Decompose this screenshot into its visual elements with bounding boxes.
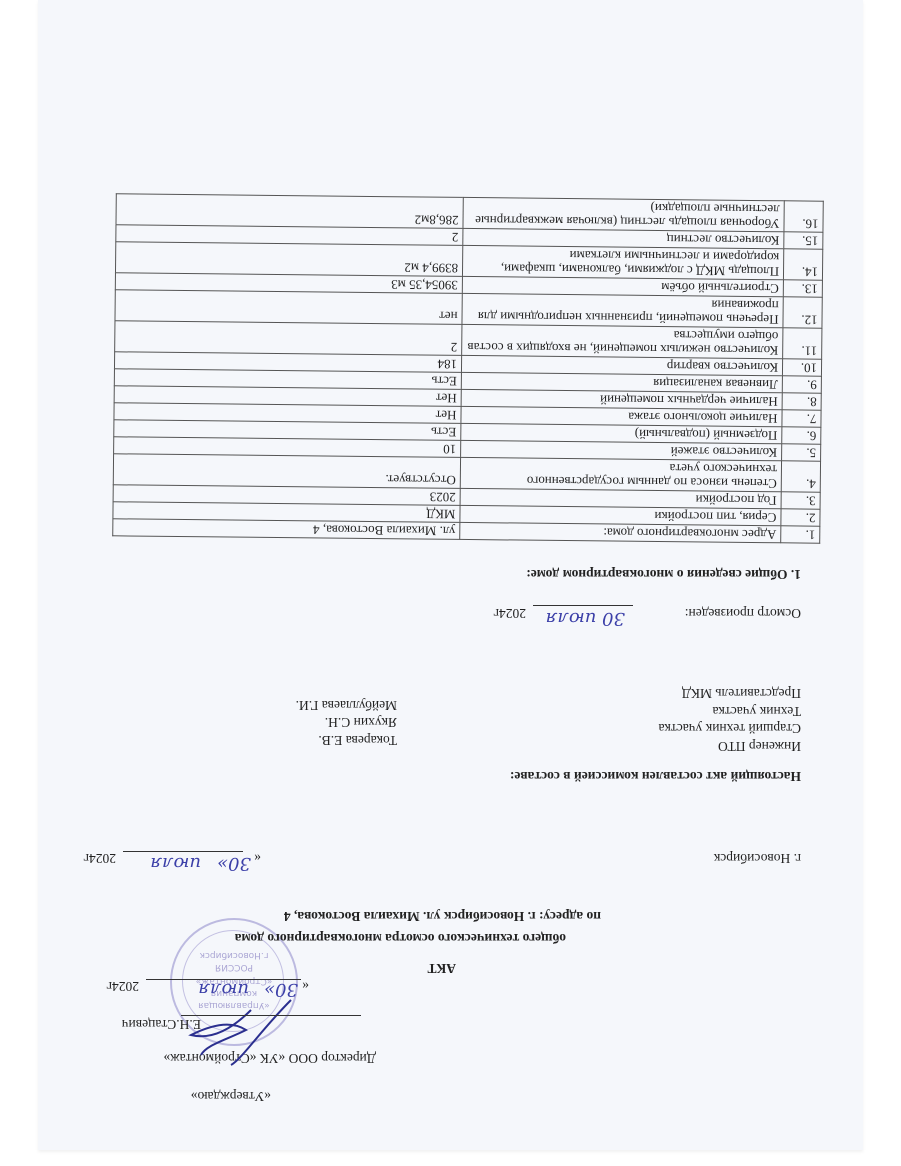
row-label: Количество этажей — [461, 440, 782, 460]
row-label: Степень износа по данным государственног… — [460, 457, 781, 491]
row-value: 2 — [115, 321, 462, 356]
row-number: 13. — [783, 280, 822, 297]
row-value: Отсутствует. — [113, 454, 460, 489]
row-number: 1. — [781, 526, 820, 543]
inspection-date-line — [533, 605, 633, 606]
row-number: 4. — [781, 461, 820, 492]
row-label: Уборочная площадь лестниц (включая межкв… — [463, 197, 784, 231]
commission-position: Старший техник участка — [659, 720, 801, 736]
date-month: июля — [150, 853, 201, 874]
date-day: 30» — [217, 853, 251, 874]
row-label: Строительный объём — [462, 276, 783, 296]
building-info-table: 1.Адрес многоквартирного дома:ул. Михаил… — [112, 193, 824, 543]
commission-name: Якухин С.Н. — [325, 714, 397, 730]
row-number: 15. — [784, 232, 823, 249]
row-value: нет — [115, 290, 462, 325]
document-title: АКТ — [427, 960, 456, 976]
director-name: Е.Н.Стацевич — [122, 1016, 201, 1032]
date-line — [146, 979, 301, 980]
date-year: 2024г — [83, 850, 116, 866]
row-number: 12. — [783, 297, 822, 328]
signature-line — [181, 1015, 361, 1016]
city: г. Новосибирск — [714, 850, 801, 866]
commission-position: Представитель МКД — [682, 685, 801, 701]
row-label: Наличие цокольного этажа — [461, 406, 782, 426]
stamp-text: г.Новосибирск — [172, 950, 296, 960]
approval-date-open-quote: « — [302, 978, 309, 994]
row-label: Год постройки — [460, 488, 781, 508]
commission-name: Мейбуллаева Г.И. — [296, 697, 397, 713]
approval-date-month: июля — [198, 979, 249, 1000]
commission-position: Техник участка — [713, 703, 801, 719]
inspection-date-handwritten: 30 июля — [546, 608, 625, 629]
approval-title: «Утверждаю» — [191, 1088, 271, 1104]
approval-date-year: 2024г — [106, 978, 139, 994]
row-value: 8399,4 м2 — [115, 242, 462, 277]
row-label: Ливневая канализация — [461, 372, 782, 392]
row-number: 16. — [784, 201, 823, 232]
row-label: Адрес многоквартирного дома: — [460, 522, 781, 542]
commission-name: Токарева Е.В. — [318, 732, 397, 748]
row-number: 3. — [781, 492, 820, 509]
stamp-text: РОССИЯ — [172, 962, 296, 972]
document-page-rotated: «Утверждаю» Директор ООО «УК «Строймонта… — [0, 0, 901, 1166]
inspection-label: Осмотр произведен: — [685, 605, 801, 621]
document-subtitle: общего технического осмотра многоквартир… — [235, 930, 566, 946]
row-number: 8. — [782, 393, 821, 410]
row-number: 11. — [783, 328, 822, 359]
row-number: 5. — [782, 444, 821, 461]
row-value: 286,8м2 — [116, 194, 463, 229]
row-label: Количество нежилых помещений, не входящи… — [462, 324, 783, 358]
commission-heading: Настоящий акт составлен комиссией в сост… — [510, 768, 801, 784]
row-label: Наличие чердачных помещений — [461, 389, 782, 409]
date-open-quote: « — [254, 850, 261, 866]
row-number: 10. — [782, 359, 821, 376]
commission-position: Инженер ПТО — [718, 738, 801, 754]
row-label: Площадь МКД с лоджиями, балконами, шкафа… — [462, 245, 783, 279]
row-number: 14. — [783, 249, 822, 280]
row-label: Количество квартир — [461, 355, 782, 375]
row-number: 6. — [782, 427, 821, 444]
document-address: по адресу: г. Новосибирск ул. Михаила Во… — [284, 908, 601, 924]
row-label: Подземный (подвальный) — [461, 423, 782, 443]
row-label: Количество лестниц — [463, 228, 784, 248]
row-label: Перечень помещений, признанных непригодн… — [462, 293, 783, 327]
row-number: 2. — [781, 509, 820, 526]
row-number: 9. — [782, 376, 821, 393]
section-heading: 1. Общие сведения о многоквартирном доме… — [526, 566, 801, 582]
inspection-year: 2024г — [493, 605, 526, 621]
date-line — [123, 851, 243, 852]
row-number: 7. — [782, 410, 821, 427]
row-label: Серия, тип постройки — [460, 505, 781, 525]
approval-date-day: 30» — [264, 979, 298, 1000]
